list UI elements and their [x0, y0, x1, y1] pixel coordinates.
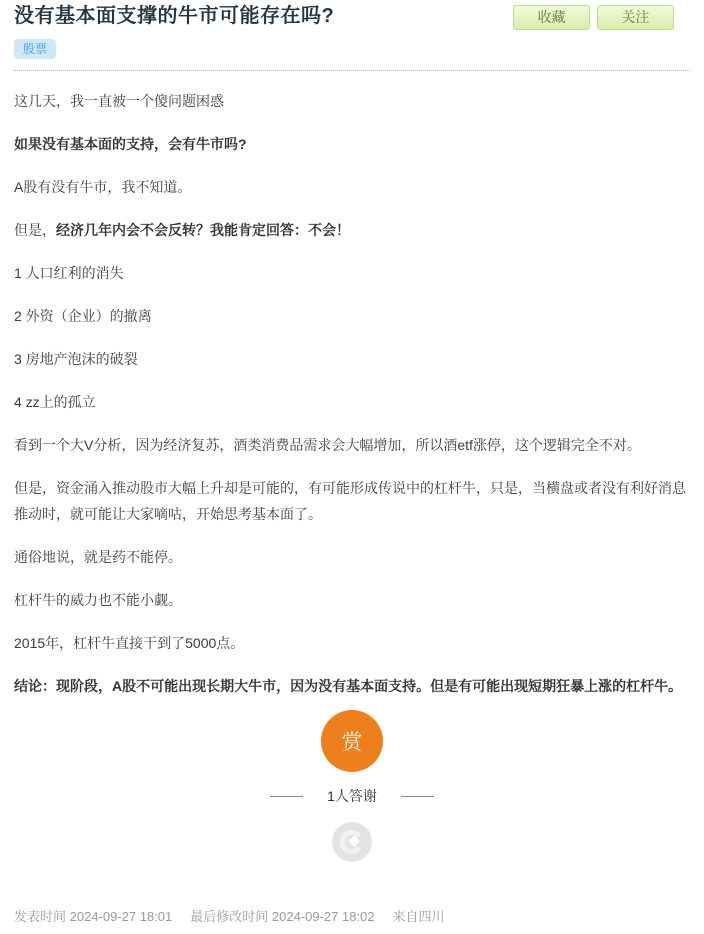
- header-divider: [14, 70, 690, 71]
- thanks-divider-line-right: [401, 796, 434, 797]
- tag-stocks[interactable]: 股票: [14, 39, 56, 59]
- avatar[interactable]: [332, 822, 372, 862]
- post-paragraph: 这几天，我一直被一个傻问题困惑: [14, 88, 690, 114]
- posted-time: 发表时间 2024-09-27 18:01: [14, 908, 172, 926]
- post-paragraph: 杠杆牛的威力也不能小觑。: [14, 587, 690, 613]
- paragraph-text: 4 zz上的孤立: [14, 394, 96, 410]
- post-paragraph: 但是，经济几年内会不会反转？我能肯定回答：不会！: [14, 217, 690, 243]
- paragraph-text: 3 房地产泡沫的破裂: [14, 351, 138, 367]
- paragraph-text: 看到一个大V分析，因为经济复苏，酒类消费品需求会大幅增加，所以酒etf涨停，这个…: [14, 437, 641, 453]
- paragraph-text: A股有没有牛市，我不知道。: [14, 179, 191, 195]
- paragraph-text: 杠杆牛的威力也不能小觑。: [14, 592, 182, 608]
- post-page: 没有基本面支撑的牛市可能存在吗? 收藏 关注 股票 这几天，我一直被一个傻问题困…: [0, 0, 704, 934]
- reward-section: 赏 1人答谢: [14, 710, 690, 862]
- paragraph-text: 这几天，我一直被一个傻问题困惑: [14, 93, 224, 109]
- header-actions: 收藏 关注: [513, 5, 674, 30]
- post-paragraph: 但是，资金涌入推动股市大幅上升却是可能的，有可能形成传说中的杠杆牛，只是，当横盘…: [14, 475, 690, 527]
- reward-button[interactable]: 赏: [321, 710, 383, 772]
- thanks-row: 1人答谢: [14, 786, 690, 806]
- post-paragraph: 3 房地产泡沫的破裂: [14, 346, 690, 372]
- paragraph-text: 但是，资金涌入推动股市大幅上升却是可能的，有可能形成传说中的杠杆牛，只是，当横盘…: [14, 480, 686, 522]
- avatar-placeholder-icon: [332, 822, 372, 862]
- paragraph-text-bold: 经济几年内会不会反转？我能肯定回答：不会！: [56, 222, 350, 238]
- follow-button[interactable]: 关注: [597, 5, 674, 30]
- post-paragraph: 4 zz上的孤立: [14, 389, 690, 415]
- modified-time: 最后修改时间 2024-09-27 18:02: [190, 908, 374, 926]
- paragraph-text: 2 外资（企业）的撤离: [14, 308, 152, 324]
- paragraph-text-bold: 如果没有基本面的支持，会有牛市吗?: [14, 136, 247, 152]
- post-paragraph: 2 外资（企业）的撤离: [14, 303, 690, 329]
- post-paragraph: 看到一个大V分析，因为经济复苏，酒类消费品需求会大幅增加，所以酒etf涨停，这个…: [14, 432, 690, 458]
- collect-button[interactable]: 收藏: [513, 5, 590, 30]
- avatar-row: [14, 822, 690, 862]
- post-paragraph: 通俗地说，就是药不能停。: [14, 544, 690, 570]
- post-meta: 发表时间 2024-09-27 18:01 最后修改时间 2024-09-27 …: [14, 908, 445, 926]
- paragraph-text: 2015年，杠杆牛直接干到了5000点。: [14, 635, 244, 651]
- post-paragraph: 2015年，杠杆牛直接干到了5000点。: [14, 630, 690, 656]
- post-paragraph: 如果没有基本面的支持，会有牛市吗?: [14, 131, 690, 157]
- paragraph-text: 1 人口红利的消失: [14, 265, 124, 281]
- tag-row: 股票: [14, 39, 690, 59]
- paragraph-text: 但是，: [14, 222, 56, 238]
- paragraph-text-bold: 结论：现阶段，A股不可能出现长期大牛市，因为没有基本面支持。但是有可能出现短期狂…: [14, 678, 682, 694]
- post-paragraph: 1 人口红利的消失: [14, 260, 690, 286]
- post-title: 没有基本面支撑的牛市可能存在吗?: [14, 4, 513, 28]
- thanks-divider-line-left: [270, 796, 303, 797]
- post-paragraph: 结论：现阶段，A股不可能出现长期大牛市，因为没有基本面支持。但是有可能出现短期狂…: [14, 673, 690, 699]
- post-header: 没有基本面支撑的牛市可能存在吗? 收藏 关注: [14, 4, 690, 30]
- thanks-count: 1人答谢: [327, 786, 377, 806]
- post-body: 这几天，我一直被一个傻问题困惑如果没有基本面的支持，会有牛市吗?A股有没有牛市，…: [14, 88, 690, 699]
- post-location: 来自四川: [393, 908, 445, 926]
- post-paragraph: A股有没有牛市，我不知道。: [14, 174, 690, 200]
- paragraph-text: 通俗地说，就是药不能停。: [14, 549, 182, 565]
